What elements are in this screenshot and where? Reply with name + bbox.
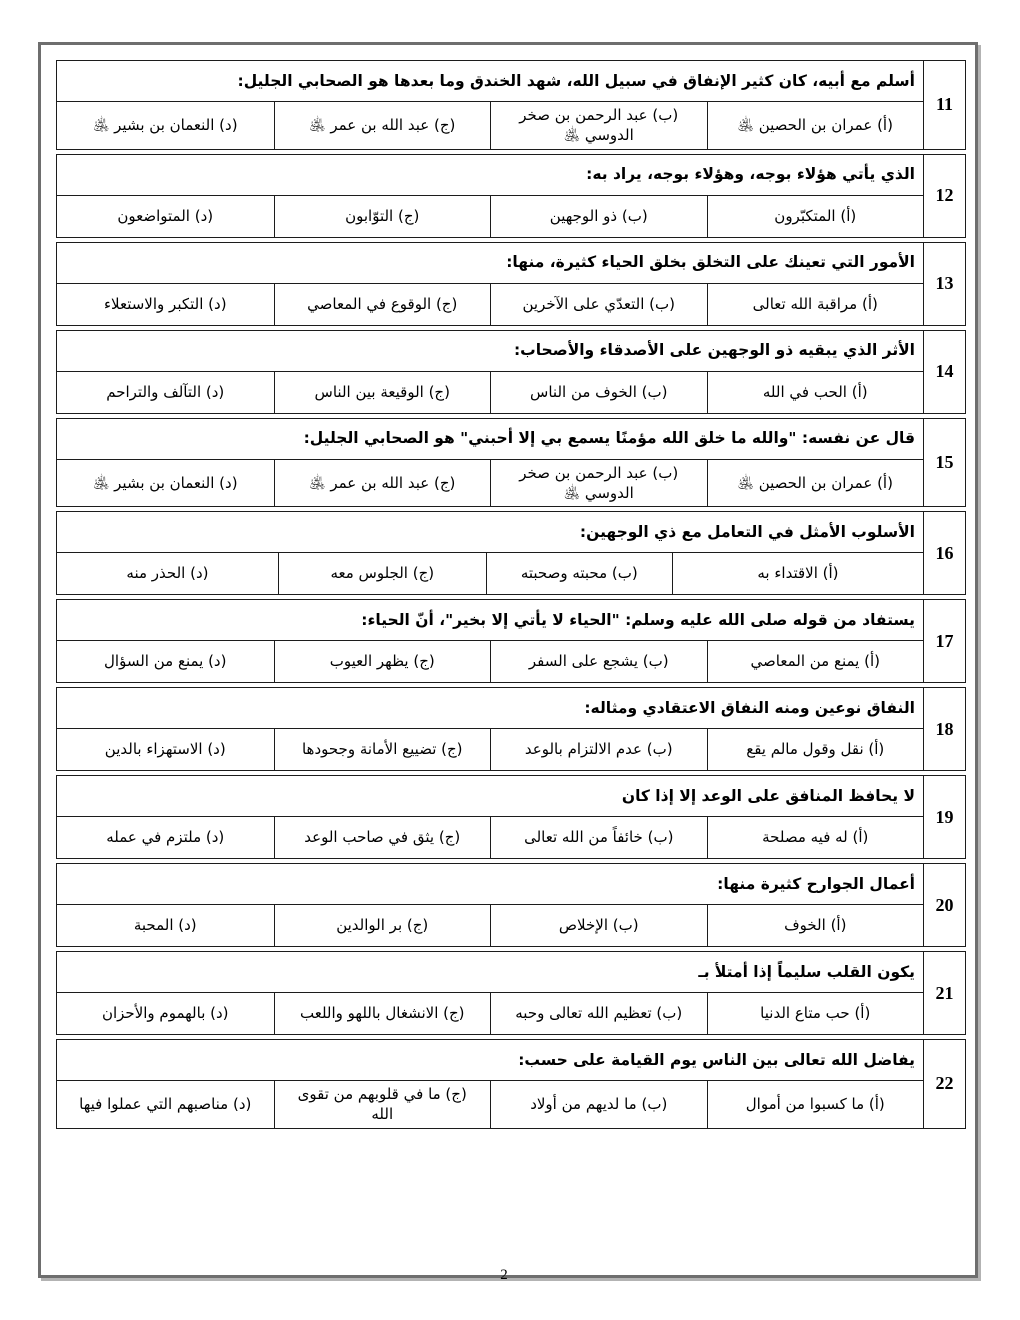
- question-area: الأثر الذي يبقيه ذو الوجهين على الأصدقاء…: [57, 331, 923, 413]
- options-row: (أ) المتكبّرون (ب) ذو الوجهين (ج) التوّا…: [57, 196, 923, 237]
- option-cell: (ب) محبته وصحبته: [486, 553, 672, 594]
- question-text: يكون القلب سليماً إذا أمتلأ بـ: [57, 952, 923, 993]
- options-row: (أ) عمران بن الحصين ﵁ (ب) عبد الرحمن بن …: [57, 102, 923, 149]
- options-row: (أ) الاقتداء به (ب) محبته وصحبته (ج) الج…: [57, 553, 923, 594]
- option-cell: (أ) مراقبة الله تعالى: [707, 284, 924, 325]
- options-row: (أ) الحب في الله (ب) الخوف من الناس (ج) …: [57, 372, 923, 413]
- option-cell: (ج) الجلوس معه: [278, 553, 486, 594]
- options-row: (أ) مراقبة الله تعالى (ب) التعدّي على ال…: [57, 284, 923, 325]
- option-cell: (د) ملتزم في عمله: [57, 817, 274, 858]
- question-area: أسلم مع أبيه، كان كثير الإنفاق في سبيل ا…: [57, 61, 923, 149]
- option-cell: (د) التآلف والتراحم: [57, 372, 274, 413]
- option-cell: (د) التكبر والاستعلاء: [57, 284, 274, 325]
- option-cell: (ب) التعدّي على الآخرين: [490, 284, 707, 325]
- question-block: 20 أعمال الجوارح كثيرة منها: (أ) الخوف (…: [56, 863, 966, 947]
- option-cell: (ب) عدم الالتزام بالوعد: [490, 729, 707, 770]
- question-area: الذي يأتي هؤلاء بوجه، وهؤلاء بوجه، يراد …: [57, 155, 923, 237]
- page-number: 2: [41, 1267, 967, 1284]
- option-cell: (ب) ذو الوجهين: [490, 196, 707, 237]
- question-number: 11: [923, 61, 965, 149]
- question-area: يستفاد من قوله صلى الله عليه وسلم: "الحي…: [57, 600, 923, 682]
- question-area: النفاق نوعين ومنه النفاق الاعتقادي ومثال…: [57, 688, 923, 770]
- question-area: يكون القلب سليماً إذا أمتلأ بـ (أ) حب مت…: [57, 952, 923, 1034]
- question-block: 12 الذي يأتي هؤلاء بوجه، وهؤلاء بوجه، ير…: [56, 154, 966, 238]
- option-cell: (ج) ما في قلوبهم من تقوى الله: [274, 1081, 491, 1128]
- question-block: 11 أسلم مع أبيه، كان كثير الإنفاق في سبي…: [56, 60, 966, 150]
- option-cell: (ج) عبد الله بن عمر ﵁: [274, 460, 491, 507]
- question-text: يفاضل الله تعالى بين الناس يوم القيامة ع…: [57, 1040, 923, 1081]
- question-number: 12: [923, 155, 965, 237]
- option-cell: (د) النعمان بن بشير ﵁: [57, 460, 274, 507]
- option-cell: (ج) تضييع الأمانة وجحودها: [274, 729, 491, 770]
- option-cell: (ج) بر الوالدين: [274, 905, 491, 946]
- option-cell: (ب) عبد الرحمن بن صخر الدوسي ﵁: [490, 102, 707, 149]
- options-row: (أ) له فيه مصلحة (ب) خائفاً من الله تعال…: [57, 817, 923, 858]
- options-row: (أ) نقل وقول مالم يقع (ب) عدم الالتزام ب…: [57, 729, 923, 770]
- option-cell: (ب) الإخلاص: [490, 905, 707, 946]
- option-cell: (ب) تعظيم الله تعالى وحبه: [490, 993, 707, 1034]
- option-cell: (ج) يثق في صاحب الوعد: [274, 817, 491, 858]
- question-block: 17 يستفاد من قوله صلى الله عليه وسلم: "ا…: [56, 599, 966, 683]
- question-block: 18 النفاق نوعين ومنه النفاق الاعتقادي وم…: [56, 687, 966, 771]
- option-cell: (ج) عبد الله بن عمر ﵁: [274, 102, 491, 149]
- options-row: (أ) الخوف (ب) الإخلاص (ج) بر الوالدين (د…: [57, 905, 923, 946]
- question-text: الأثر الذي يبقيه ذو الوجهين على الأصدقاء…: [57, 331, 923, 372]
- option-cell: (د) النعمان بن بشير ﵁: [57, 102, 274, 149]
- question-block: 14 الأثر الذي يبقيه ذو الوجهين على الأصد…: [56, 330, 966, 414]
- question-block: 21 يكون القلب سليماً إذا أمتلأ بـ (أ) حب…: [56, 951, 966, 1035]
- option-cell: (أ) حب متاع الدنيا: [707, 993, 924, 1034]
- options-row: (أ) ما كسبوا من أموال (ب) ما لديهم من أو…: [57, 1081, 923, 1128]
- option-cell: (أ) يمنع من المعاصي: [707, 641, 924, 682]
- question-text: النفاق نوعين ومنه النفاق الاعتقادي ومثال…: [57, 688, 923, 729]
- question-number: 16: [923, 512, 965, 594]
- question-number: 14: [923, 331, 965, 413]
- question-number: 18: [923, 688, 965, 770]
- question-text: الأسلوب الأمثل في التعامل مع ذي الوجهين:: [57, 512, 923, 553]
- question-number: 22: [923, 1040, 965, 1128]
- question-text: قال عن نفسه: "والله ما خلق الله مؤمنًا ي…: [57, 419, 923, 460]
- question-number: 21: [923, 952, 965, 1034]
- option-cell: (ج) يظهر العيوب: [274, 641, 491, 682]
- question-block: 13 الأمور التي تعينك على التخلق بخلق الح…: [56, 242, 966, 326]
- option-cell: (أ) عمران بن الحصين ﵁: [707, 460, 924, 507]
- question-area: يفاضل الله تعالى بين الناس يوم القيامة ع…: [57, 1040, 923, 1128]
- option-cell: (أ) نقل وقول مالم يقع: [707, 729, 924, 770]
- option-cell: (ج) الوقيعة بين الناس: [274, 372, 491, 413]
- question-block: 16 الأسلوب الأمثل في التعامل مع ذي الوجه…: [56, 511, 966, 595]
- question-area: الأسلوب الأمثل في التعامل مع ذي الوجهين:…: [57, 512, 923, 594]
- question-block: 15 قال عن نفسه: "والله ما خلق الله مؤمنً…: [56, 418, 966, 508]
- question-number: 19: [923, 776, 965, 858]
- option-cell: (ج) التوّابون: [274, 196, 491, 237]
- question-text: أسلم مع أبيه، كان كثير الإنفاق في سبيل ا…: [57, 61, 923, 102]
- option-cell: (أ) الاقتداء به: [672, 553, 923, 594]
- option-cell: (أ) الحب في الله: [707, 372, 924, 413]
- option-cell: (د) يمنع من السؤال: [57, 641, 274, 682]
- option-cell: (د) المحبة: [57, 905, 274, 946]
- option-cell: (ب) ما لديهم من أولاد: [490, 1081, 707, 1128]
- options-row: (أ) عمران بن الحصين ﵁ (ب) عبد الرحمن بن …: [57, 460, 923, 507]
- option-cell: (د) الاستهزاء بالدين: [57, 729, 274, 770]
- option-cell: (ج) الانشغال باللهو واللعب: [274, 993, 491, 1034]
- question-number: 20: [923, 864, 965, 946]
- question-text: يستفاد من قوله صلى الله عليه وسلم: "الحي…: [57, 600, 923, 641]
- options-row: (أ) يمنع من المعاصي (ب) يشجع على السفر (…: [57, 641, 923, 682]
- option-cell: (ب) عبد الرحمن بن صخر الدوسي ﵁: [490, 460, 707, 507]
- option-cell: (أ) المتكبّرون: [707, 196, 924, 237]
- question-text: الذي يأتي هؤلاء بوجه، وهؤلاء بوجه، يراد …: [57, 155, 923, 196]
- option-cell: (ج) الوقوع في المعاصي: [274, 284, 491, 325]
- question-text: لا يحافظ المنافق على الوعد إلا إذا كان: [57, 776, 923, 817]
- option-cell: (د) مناصبهم التي عملوا فيها: [57, 1081, 274, 1128]
- question-area: قال عن نفسه: "والله ما خلق الله مؤمنًا ي…: [57, 419, 923, 507]
- question-area: الأمور التي تعينك على التخلق بخلق الحياء…: [57, 243, 923, 325]
- option-cell: (ب) خائفاً من الله تعالى: [490, 817, 707, 858]
- question-number: 17: [923, 600, 965, 682]
- question-area: أعمال الجوارح كثيرة منها: (أ) الخوف (ب) …: [57, 864, 923, 946]
- option-cell: (د) الحذر منه: [57, 553, 278, 594]
- question-text: أعمال الجوارح كثيرة منها:: [57, 864, 923, 905]
- question-area: لا يحافظ المنافق على الوعد إلا إذا كان (…: [57, 776, 923, 858]
- option-cell: (أ) عمران بن الحصين ﵁: [707, 102, 924, 149]
- option-cell: (ب) الخوف من الناس: [490, 372, 707, 413]
- option-cell: (ب) يشجع على السفر: [490, 641, 707, 682]
- question-number: 15: [923, 419, 965, 507]
- option-cell: (أ) له فيه مصلحة: [707, 817, 924, 858]
- option-cell: (أ) الخوف: [707, 905, 924, 946]
- question-block: 22 يفاضل الله تعالى بين الناس يوم القيام…: [56, 1039, 966, 1129]
- option-cell: (أ) ما كسبوا من أموال: [707, 1081, 924, 1128]
- question-number: 13: [923, 243, 965, 325]
- option-cell: (د) المتواضعون: [57, 196, 274, 237]
- options-row: (أ) حب متاع الدنيا (ب) تعظيم الله تعالى …: [57, 993, 923, 1034]
- quiz-table: 11 أسلم مع أبيه، كان كثير الإنفاق في سبي…: [56, 60, 966, 1129]
- option-cell: (د) بالهموم والأحزان: [57, 993, 274, 1034]
- question-block: 19 لا يحافظ المنافق على الوعد إلا إذا كا…: [56, 775, 966, 859]
- question-text: الأمور التي تعينك على التخلق بخلق الحياء…: [57, 243, 923, 284]
- page-frame: 11 أسلم مع أبيه، كان كثير الإنفاق في سبي…: [38, 42, 978, 1278]
